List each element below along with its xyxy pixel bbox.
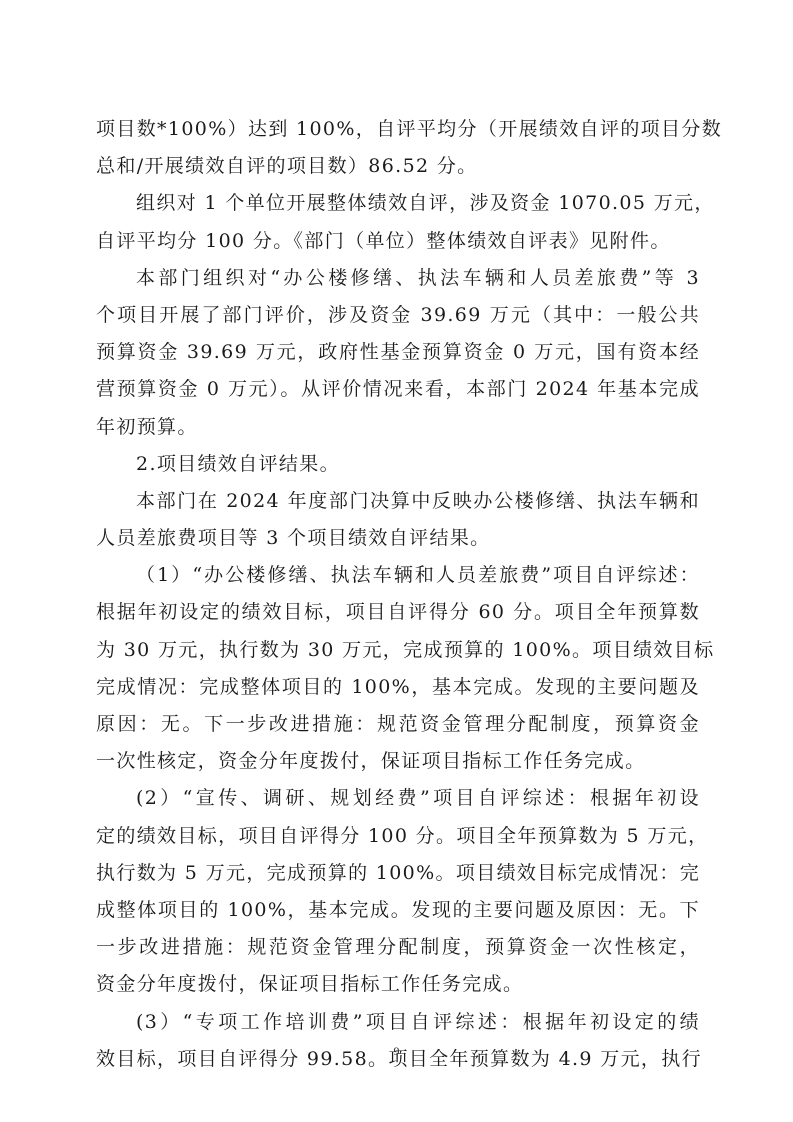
text-line: 个项目开展了部门评价，涉及资金 39.69 万元（其中：一般公共: [96, 297, 700, 334]
text-line: 组织对 1 个单位开展整体绩效自评，涉及资金 1070.05 万元，: [96, 185, 700, 222]
text-line: 本部门组织对“办公楼修缮、执法车辆和人员差旅费”等 3: [96, 260, 700, 297]
text-line: 一步改进措施：规范资金管理分配制度，预算资金一次性核定，: [96, 929, 700, 966]
section-heading: 2.项目绩效自评结果。: [96, 446, 700, 483]
body-text: 项目数*100%）达到 100%，自评平均分（开展绩效自评的项目分数 总和/开展…: [96, 111, 700, 1078]
text-line: 原因：无。下一步改进措施：规范资金管理分配制度，预算资金: [96, 706, 700, 743]
text-line: 成整体项目的 100%，基本完成。发现的主要问题及原因：无。下: [96, 892, 700, 929]
text-line: 完成情况：完成整体项目的 100%，基本完成。发现的主要问题及: [96, 669, 700, 706]
document-page: 项目数*100%）达到 100%，自评平均分（开展绩效自评的项目分数 总和/开展…: [0, 0, 793, 1122]
text-line: （1）“办公楼修缮、执法车辆和人员差旅费”项目自评综述：: [96, 557, 700, 594]
text-line: 人员差旅费项目等 3 个项目绩效自评结果。: [96, 520, 700, 557]
text-line: 自评平均分 100 分。《部门（单位）整体绩效自评表》见附件。: [96, 223, 700, 260]
text-line: 根据年初设定的绩效目标，项目自评得分 60 分。项目全年预算数: [96, 594, 700, 631]
text-line: 执行数为 5 万元，完成预算的 100%。项目绩效目标完成情况：完: [96, 855, 700, 892]
text-line: (3）“专项工作培训费”项目自评综述：根据年初设定的绩: [96, 1004, 700, 1041]
page-number: 9: [0, 1044, 793, 1059]
text-line: 营预算资金 0 万元）。从评价情况来看，本部门 2024 年基本完成: [96, 371, 700, 408]
text-line: 一次性核定，资金分年度拨付，保证项目指标工作任务完成。: [96, 743, 700, 780]
text-line: 项目数*100%）达到 100%，自评平均分（开展绩效自评的项目分数: [96, 111, 700, 148]
text-line: 为 30 万元，执行数为 30 万元，完成预算的 100%。项目绩效目标: [96, 632, 700, 669]
text-line: (2）“宣传、调研、规划经费”项目自评综述：根据年初设: [96, 780, 700, 817]
text-line: 预算资金 39.69 万元，政府性基金预算资金 0 万元，国有资本经: [96, 334, 700, 371]
text-line: 年初预算。: [96, 409, 700, 446]
text-line: 本部门在 2024 年度部门决算中反映办公楼修缮、执法车辆和: [96, 483, 700, 520]
text-line: 资金分年度拨付，保证项目指标工作任务完成。: [96, 966, 700, 1003]
text-line: 总和/开展绩效自评的项目数）86.52 分。: [96, 148, 700, 185]
text-line: 定的绩效目标，项目自评得分 100 分。项目全年预算数为 5 万元，: [96, 818, 700, 855]
